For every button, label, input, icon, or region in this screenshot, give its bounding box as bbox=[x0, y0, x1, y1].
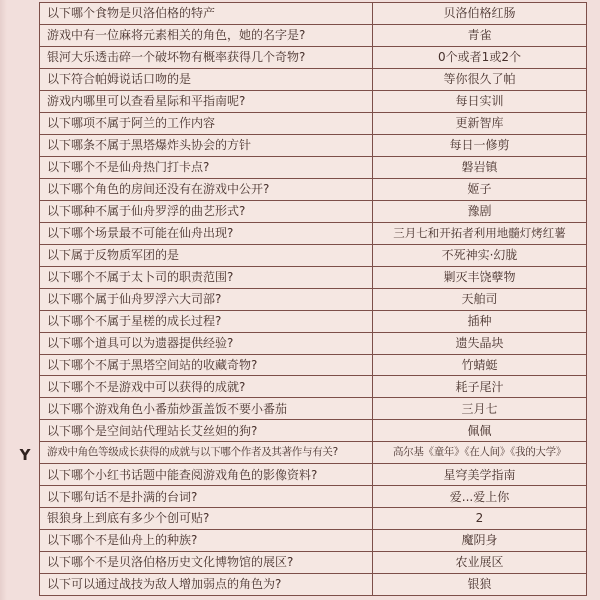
question-cell: 以下哪种不属于仙舟罗浮的曲艺形式? bbox=[40, 201, 373, 222]
question-cell: 银狼身上到底有多少个创可贴? bbox=[40, 508, 373, 529]
question-cell: 以下哪项不属于阿兰的工作内容 bbox=[40, 113, 373, 134]
table-row: 以下哪个不是仙舟热门打卡点? 磐岩镇 bbox=[40, 157, 586, 179]
table-row: 以下哪个不属于黑塔空间站的收藏奇物? 竹蜻蜓 bbox=[40, 355, 586, 377]
table-row: 以下哪项不属于阿兰的工作内容 更新智库 bbox=[40, 113, 586, 135]
question-cell: 以下哪个不属于黑塔空间站的收藏奇物? bbox=[40, 355, 373, 376]
table-row: 以下哪个游戏角色小番茄炒蛋盖饭不要小番茄 三月七 bbox=[40, 398, 586, 420]
answer-cell: 竹蜻蜓 bbox=[373, 355, 586, 376]
question-cell: 游戏内哪里可以查看星际和平指南呢? bbox=[40, 91, 373, 112]
table-row: 以下哪个属于仙舟罗浮六大司部? 天舶司 bbox=[40, 289, 586, 311]
question-cell: 以下哪个不是贝洛伯格历史文化博物馆的展区? bbox=[40, 552, 373, 573]
answer-cell: 磐岩镇 bbox=[373, 157, 586, 178]
table-row: 以下可以通过战技为敌人增加弱点的角色为? 银狼 bbox=[40, 574, 586, 595]
table-row: 以下哪个食物是贝洛伯格的特产 贝洛伯格红肠 bbox=[40, 3, 586, 25]
table-row: 以下符合帕姆说话口吻的是 等你很久了帕 bbox=[40, 69, 586, 91]
answer-cell: 星穹美学指南 bbox=[373, 464, 586, 485]
table-row: 以下哪个道具可以为遗器提供经验? 遗失晶块 bbox=[40, 333, 586, 355]
question-cell: 游戏中有一位麻将元素相关的角色，她的名字是? bbox=[40, 25, 373, 46]
table-row: 以下哪个小红书话题中能查阅游戏角色的影像资料? 星穹美学指南 bbox=[40, 464, 586, 486]
question-cell: 以下哪个场景最不可能在仙舟出现? bbox=[40, 223, 373, 244]
answer-cell: 爱...爱上你 bbox=[373, 486, 586, 507]
question-cell: 以下哪个不是游戏中可以获得的成就? bbox=[40, 376, 373, 397]
table-row: 以下哪个不是仙舟上的种族? 魔阴身 bbox=[40, 530, 586, 552]
table-row: 银河大乐透击碎一个破坏物有概率获得几个奇物? 0个或者1或2个 bbox=[40, 47, 586, 69]
table-row: 以下哪个不是贝洛伯格历史文化博物馆的展区? 农业展区 bbox=[40, 552, 586, 574]
question-cell: 以下属于反物质军团的是 bbox=[40, 245, 373, 266]
page-edge-shade bbox=[0, 0, 7, 600]
answer-cell: 天舶司 bbox=[373, 289, 586, 310]
answer-cell: 姬子 bbox=[373, 179, 586, 200]
answer-cell: 2 bbox=[373, 508, 586, 529]
answer-cell: 遗失晶块 bbox=[373, 333, 586, 354]
question-cell: 以下可以通过战技为敌人增加弱点的角色为? bbox=[40, 574, 373, 595]
question-cell: 以下哪个道具可以为遗器提供经验? bbox=[40, 333, 373, 354]
question-cell: 以下哪个游戏角色小番茄炒蛋盖饭不要小番茄 bbox=[40, 398, 373, 419]
question-cell: 以下符合帕姆说话口吻的是 bbox=[40, 69, 373, 90]
answer-cell: 三月七和开拓者利用地髓灯烤红薯 bbox=[373, 223, 586, 244]
page: Y 以下哪个食物是贝洛伯格的特产 贝洛伯格红肠 游戏中有一位麻将元素相关的角色，… bbox=[0, 0, 600, 600]
question-cell: 以下哪条不属于黑塔爆炸头协会的方针 bbox=[40, 135, 373, 156]
answer-cell: 剿灭丰饶孽物 bbox=[373, 267, 586, 288]
answer-cell: 贝洛伯格红肠 bbox=[373, 3, 586, 24]
answer-cell: 佩佩 bbox=[373, 420, 586, 441]
table-row: 游戏中有一位麻将元素相关的角色，她的名字是? 青雀 bbox=[40, 25, 586, 47]
table-row: 以下哪个场景最不可能在仙舟出现? 三月七和开拓者利用地髓灯烤红薯 bbox=[40, 223, 586, 245]
table-row: 以下哪句话不是扑满的台词? 爱...爱上你 bbox=[40, 486, 586, 508]
answer-cell: 等你很久了帕 bbox=[373, 69, 586, 90]
answer-cell: 每日实训 bbox=[373, 91, 586, 112]
answer-cell: 青雀 bbox=[373, 25, 586, 46]
table-row: 以下哪种不属于仙舟罗浮的曲艺形式? 豫剧 bbox=[40, 201, 586, 223]
table-row: 以下哪个是空间站代理站长艾丝妲的狗? 佩佩 bbox=[40, 420, 586, 442]
table-row: 以下哪个不是游戏中可以获得的成就? 耗子尾汁 bbox=[40, 376, 586, 398]
table-row: 游戏内哪里可以查看星际和平指南呢? 每日实训 bbox=[40, 91, 586, 113]
question-cell: 以下哪句话不是扑满的台词? bbox=[40, 486, 373, 507]
answer-cell: 魔阴身 bbox=[373, 530, 586, 551]
answer-cell: 插种 bbox=[373, 311, 586, 332]
table-row: 以下哪条不属于黑塔爆炸头协会的方针 每日一修剪 bbox=[40, 135, 586, 157]
table-row: 游戏中角色等级成长获得的成就与以下哪个作者及其著作与有关? 高尔基《童年》《在人… bbox=[40, 442, 586, 464]
answer-cell: 0个或者1或2个 bbox=[373, 47, 586, 68]
question-cell: 银河大乐透击碎一个破坏物有概率获得几个奇物? bbox=[40, 47, 373, 68]
answer-cell: 银狼 bbox=[373, 574, 586, 595]
question-cell: 以下哪个小红书话题中能查阅游戏角色的影像资料? bbox=[40, 464, 373, 485]
question-cell: 以下哪个不属于星槎的成长过程? bbox=[40, 311, 373, 332]
question-cell: 以下哪个是空间站代理站长艾丝妲的狗? bbox=[40, 420, 373, 441]
answer-cell: 三月七 bbox=[373, 398, 586, 419]
question-cell: 游戏中角色等级成长获得的成就与以下哪个作者及其著作与有关? bbox=[40, 442, 373, 463]
table-row: 银狼身上到底有多少个创可贴? 2 bbox=[40, 508, 586, 530]
question-cell: 以下哪个不是仙舟上的种族? bbox=[40, 530, 373, 551]
table-row: 以下属于反物质军团的是 不死神实·幻胧 bbox=[40, 245, 586, 267]
table-row: 以下哪个不属于星槎的成长过程? 插种 bbox=[40, 311, 586, 333]
question-cell: 以下哪个不属于太卜司的职责范围? bbox=[40, 267, 373, 288]
answer-cell: 耗子尾汁 bbox=[373, 376, 586, 397]
question-cell: 以下哪个角色的房间还没有在游戏中公开? bbox=[40, 179, 373, 200]
answer-cell: 更新智库 bbox=[373, 113, 586, 134]
table-row: 以下哪个不属于太卜司的职责范围? 剿灭丰饶孽物 bbox=[40, 267, 586, 289]
answer-cell: 每日一修剪 bbox=[373, 135, 586, 156]
row-marker-y: Y bbox=[15, 444, 35, 466]
answer-cell: 豫剧 bbox=[373, 201, 586, 222]
quiz-table: 以下哪个食物是贝洛伯格的特产 贝洛伯格红肠 游戏中有一位麻将元素相关的角色，她的… bbox=[39, 2, 587, 596]
question-cell: 以下哪个食物是贝洛伯格的特产 bbox=[40, 3, 373, 24]
answer-cell: 农业展区 bbox=[373, 552, 586, 573]
answer-cell: 高尔基《童年》《在人间》《我的大学》 bbox=[373, 442, 586, 463]
table-row: 以下哪个角色的房间还没有在游戏中公开? 姬子 bbox=[40, 179, 586, 201]
question-cell: 以下哪个属于仙舟罗浮六大司部? bbox=[40, 289, 373, 310]
question-cell: 以下哪个不是仙舟热门打卡点? bbox=[40, 157, 373, 178]
answer-cell: 不死神实·幻胧 bbox=[373, 245, 586, 266]
